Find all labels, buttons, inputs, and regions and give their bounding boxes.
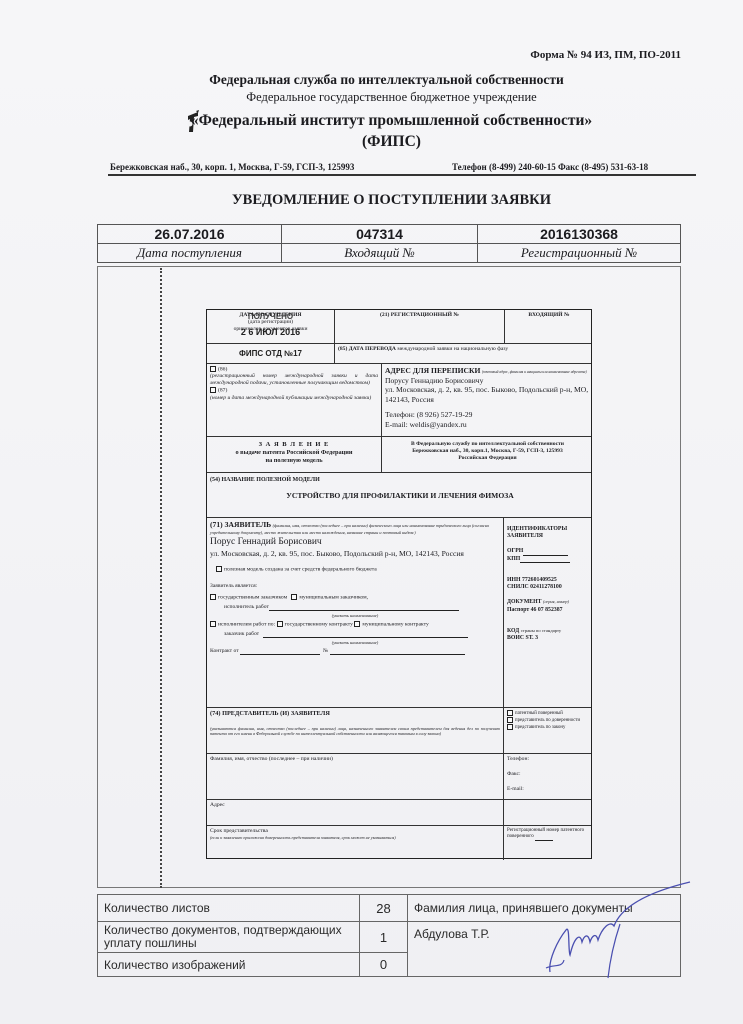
fee-docs-count-label: Количество документов, подтверждающих уп… — [98, 922, 360, 953]
images-count-label: Количество изображений — [98, 953, 360, 977]
country-code-header: КОД — [507, 628, 519, 634]
correspondence-cell: АДРЕС ДЛЯ ПЕРЕПИСКИ (почтовый адрес, фам… — [382, 364, 593, 436]
rep-term-cell: Срок представительства (если к заявлению… — [207, 826, 504, 860]
fee-docs-count-value: 1 — [360, 922, 408, 953]
by-law-label: представитель по закону — [515, 725, 565, 730]
contract-date-field[interactable] — [240, 654, 320, 655]
org-abbreviation: (ФИПС) — [0, 133, 743, 151]
checkbox-patent-attorney[interactable] — [507, 710, 513, 716]
applicant-name: Порус Геннадий Борисович — [210, 537, 500, 549]
receipt-date-value: 26.07.2016 — [98, 225, 282, 244]
field-86-desc: (регистрационный номер международной зая… — [210, 373, 378, 387]
rep-email-label: E-mail: — [507, 786, 590, 793]
applicant-is-label: Заявитель является: — [210, 583, 500, 590]
document-hint: (серия, номер) — [543, 599, 569, 604]
statement-line1: о выдаче патента Российской Федерации — [210, 449, 378, 457]
state-customer-label: государственным заказчиком — [218, 594, 287, 600]
statement-title: З А Я В Л Е Н И Е — [210, 441, 378, 449]
inn-value: ИНН 772601409525 — [507, 577, 590, 584]
translation-date-cell: (85) ДАТА ПЕРЕВОДА международной заявки … — [335, 344, 593, 363]
form-row-statement: З А Я В Л Е Н И Е о выдаче патента Росси… — [207, 437, 591, 473]
application-form-copy: ДАТА ПОСТУПЛЕНИЯ ПОЛУЧЕНО (дата регистра… — [206, 309, 592, 859]
rep-name-label: Фамилия, имя, отчество (последнее – при … — [210, 756, 333, 762]
images-count-value: 0 — [360, 953, 408, 977]
org-name-institute: «Федеральный институт промышленной собст… — [0, 112, 743, 130]
rep-address-blank — [504, 800, 593, 825]
customer-works-field[interactable] — [263, 637, 468, 638]
applicant-cell: (71) ЗАЯВИТЕЛЬ (фамилия, имя, отчество (… — [207, 518, 504, 707]
org-name-service: Федеральная служба по интеллектуальной с… — [0, 72, 743, 88]
recipient-line3: Российская Федерация — [385, 455, 590, 462]
recipient-line2: Бережковская наб., 30, корп.1, Москва, Г… — [385, 448, 590, 455]
rep-name-cell: Фамилия, имя, отчество (последнее – при … — [207, 754, 504, 799]
model-title-value: УСТРОЙСТВО ДЛЯ ПРОФИЛАКТИКИ И ЛЕЧЕНИЯ ФИ… — [210, 491, 590, 500]
country-code-value: ВОИС ST. 3 — [507, 635, 590, 642]
identifiers-cell: ИДЕНТИФИКАТОРЫ ЗАЯВИТЕЛЯ ОГРН КПП ИНН 77… — [504, 518, 593, 707]
representative-type-cell: патентный поверенный представитель по до… — [504, 708, 593, 753]
passport-value: Паспорт 46 07 852387 — [507, 607, 590, 614]
contract-no-label: № — [323, 648, 328, 654]
stamp-dept: ФИПС ОТД №17 — [239, 349, 302, 358]
contract-number-field[interactable] — [330, 654, 465, 655]
org-address: Бережковская наб., 30, корп. 1, Москва, … — [110, 162, 354, 172]
receipt-date-label: Дата поступления — [98, 244, 282, 263]
state-contract-label: государственному контракту — [285, 622, 353, 628]
contractor-label: исполнитель работ — [224, 604, 269, 610]
rep-phone-label: Телефон: — [507, 756, 590, 763]
representative-hint: (указываются фамилия, имя, отчество (пос… — [210, 726, 500, 737]
form-row-rep-term: Срок представительства (если к заявлению… — [207, 826, 591, 860]
notice-title: УВЕДОМЛЕНИЕ О ПОСТУПЛЕНИИ ЗАЯВКИ — [0, 192, 743, 209]
representative-cell: (74) ПРЕДСТАВИТЕЛЬ (И) ЗАЯВИТЕЛЯ (указыв… — [207, 708, 504, 753]
municipal-contract-label: муниципальному контракту — [362, 622, 428, 628]
country-code-hint: страны по стандарту — [521, 628, 562, 633]
rep-address-cell: Адрес — [207, 800, 504, 825]
sheets-count-label: Количество листов — [98, 895, 360, 922]
form-row-international: (86) (регистрационный номер международно… — [207, 364, 591, 437]
applicant-address: ул. Московская, д. 2, кв. 95, пос. Быков… — [210, 549, 500, 558]
org-type: Федеральное государственное бюджетное уч… — [0, 90, 743, 105]
checkbox-municipal-contract[interactable] — [354, 621, 360, 627]
customer-works-label: заказчик работ — [224, 631, 259, 637]
header-divider — [108, 174, 696, 176]
correspondence-header: АДРЕС ДЛЯ ПЕРЕПИСКИ — [385, 366, 480, 375]
contractor-field[interactable] — [269, 610, 459, 611]
translation-date-desc: международной заявки на национальную фаз… — [397, 346, 508, 352]
fold-line — [160, 268, 162, 888]
rep-term-label: Срок представительства — [210, 828, 500, 835]
incoming-number-value: 047314 — [282, 225, 478, 244]
identifiers-header: ИДЕНТИФИКАТОРЫ ЗАЯВИТЕЛЯ — [507, 526, 590, 540]
checkbox-87[interactable] — [210, 387, 216, 393]
checkbox-municipal-customer[interactable] — [291, 594, 297, 600]
incoming-number-label: Входящий № — [282, 244, 478, 263]
checkbox-state-customer[interactable] — [210, 594, 216, 600]
field-87-code: (87) — [218, 388, 227, 394]
form-row-title: (54) НАЗВАНИЕ ПОЛЕЗНОЙ МОДЕЛИ УСТРОЙСТВО… — [207, 473, 591, 518]
correspondence-name: Порусу Геннадию Борисовичу — [385, 376, 590, 385]
correspondence-email: E-mail: weldis@yandex.ru — [385, 420, 590, 429]
statement-line2: на полезную модель — [210, 457, 378, 465]
incoming-number-cell: ВХОДЯЩИЙ № — [505, 310, 593, 343]
form-row-rep-address: Адрес — [207, 800, 591, 826]
model-title-header: (54) НАЗВАНИЕ ПОЛЕЗНОЙ МОДЕЛИ — [210, 477, 590, 485]
applicant-header: (71) ЗАЯВИТЕЛЬ — [210, 520, 271, 529]
international-fields-cell: (86) (регистрационный номер международно… — [207, 364, 382, 436]
checkbox-86[interactable] — [210, 366, 216, 372]
recipient-line1: В Федеральную службу по интеллектуальной… — [385, 441, 590, 448]
registration-number-label: Регистрационный № — [478, 244, 681, 263]
specify-name-hint-1: (указать наименование) — [210, 613, 500, 619]
field-87-desc: (номер и дата международной публикации м… — [210, 395, 378, 402]
federal-budget-label: полезная модель создана за счет средств … — [224, 567, 377, 573]
contract-from-label: Контракт от — [210, 648, 239, 654]
rep-term-hint: (если к заявлению приложена доверенность… — [210, 835, 500, 840]
recipient-cell: В Федеральную службу по интеллектуальной… — [382, 437, 593, 472]
stamp-received: ПОЛУЧЕНО — [210, 312, 331, 322]
checkbox-contractor[interactable] — [210, 621, 216, 627]
proxy-label: представитель по доверенности — [515, 718, 580, 723]
sheets-count-value: 28 — [360, 895, 408, 922]
registration-number-value: 2016130368 — [478, 225, 681, 244]
specify-name-hint-2: (указать наименование) — [210, 640, 500, 646]
form-row-translation: ФИПС ОТД №17 (85) ДАТА ПЕРЕВОДА междунар… — [207, 344, 591, 364]
checkbox-federal-budget[interactable] — [216, 566, 222, 572]
reg-number-cell: (21) РЕГИСТРАЦИОННЫЙ № — [335, 310, 505, 343]
rep-contacts-cell: Телефон: Факс: E-mail: — [504, 754, 593, 799]
checkbox-proxy[interactable] — [507, 717, 513, 723]
form-number: Форма № 94 ИЗ, ПМ, ПО-2011 — [530, 49, 681, 61]
signature-icon — [540, 880, 700, 980]
statement-cell: З А Я В Л Е Н И Е о выдаче патента Росси… — [207, 437, 382, 472]
form-row-representative: (74) ПРЕДСТАВИТЕЛЬ (И) ЗАЯВИТЕЛЯ (указыв… — [207, 708, 591, 754]
rep-fax-label: Факс: — [507, 771, 590, 778]
stamp-date: 2 6 ИЮЛ 2016 — [210, 327, 331, 338]
correspondence-address: ул. Московская, д. 2, кв. 95, пос. Быков… — [385, 385, 590, 404]
stamp-dept-cell: ФИПС ОТД №17 — [207, 344, 335, 363]
receipt-date-cell: ДАТА ПОСТУПЛЕНИЯ ПОЛУЧЕНО (дата регистра… — [207, 310, 335, 343]
form-row-registration: ДАТА ПОСТУПЛЕНИЯ ПОЛУЧЕНО (дата регистра… — [207, 310, 591, 344]
contractor-by-label: исполнителем работ по: — [218, 622, 275, 628]
snils-value: СНИЛС 02411278100 — [507, 584, 590, 591]
correspondence-hint: (почтовый адрес, фамилия и инициалы или … — [482, 370, 587, 374]
reg-number-header: (21) РЕГИСТРАЦИОННЫЙ № — [380, 312, 459, 318]
rep-address-label: Адрес — [210, 802, 225, 808]
representative-header: (74) ПРЕДСТАВИТЕЛЬ (И) ЗАЯВИТЕЛЯ — [210, 710, 500, 718]
model-title-cell: (54) НАЗВАНИЕ ПОЛЕЗНОЙ МОДЕЛИ УСТРОЙСТВО… — [207, 473, 593, 517]
document-header: ДОКУМЕНТ — [507, 599, 542, 605]
attorney-reg-label: Регистрационный номер патентного поверен… — [507, 828, 584, 839]
document-page: Форма № 94 ИЗ, ПМ, ПО-2011 Федеральная с… — [0, 0, 743, 1024]
kpp-label: КПП — [507, 556, 520, 562]
attorney-reg-field[interactable] — [535, 840, 553, 841]
form-row-applicant: (71) ЗАЯВИТЕЛЬ (фамилия, имя, отчество (… — [207, 518, 591, 708]
checkbox-by-law[interactable] — [507, 724, 513, 730]
ogrn-label: ОГРН — [507, 548, 523, 554]
correspondence-phone: Телефон: (8 926) 527-19-29 — [385, 410, 590, 419]
translation-date-header: (85) ДАТА ПЕРЕВОДА — [338, 346, 396, 352]
notice-info-table: 26.07.2016 047314 2016130368 Дата поступ… — [97, 224, 681, 263]
municipal-customer-label: муниципальным заказчиком, — [299, 594, 368, 600]
checkbox-state-contract[interactable] — [277, 621, 283, 627]
incoming-number-header: ВХОДЯЩИЙ № — [528, 312, 569, 318]
attorney-reg-cell: Регистрационный номер патентного поверен… — [504, 826, 593, 860]
form-row-rep-name: Фамилия, имя, отчество (последнее – при … — [207, 754, 591, 800]
kpp-field[interactable] — [520, 562, 570, 563]
patent-attorney-label: патентный поверенный — [515, 711, 563, 716]
org-contacts: Телефон (8-499) 240-60-15 Факс (8-495) 5… — [452, 162, 648, 172]
field-86-code: (86) — [218, 366, 227, 372]
